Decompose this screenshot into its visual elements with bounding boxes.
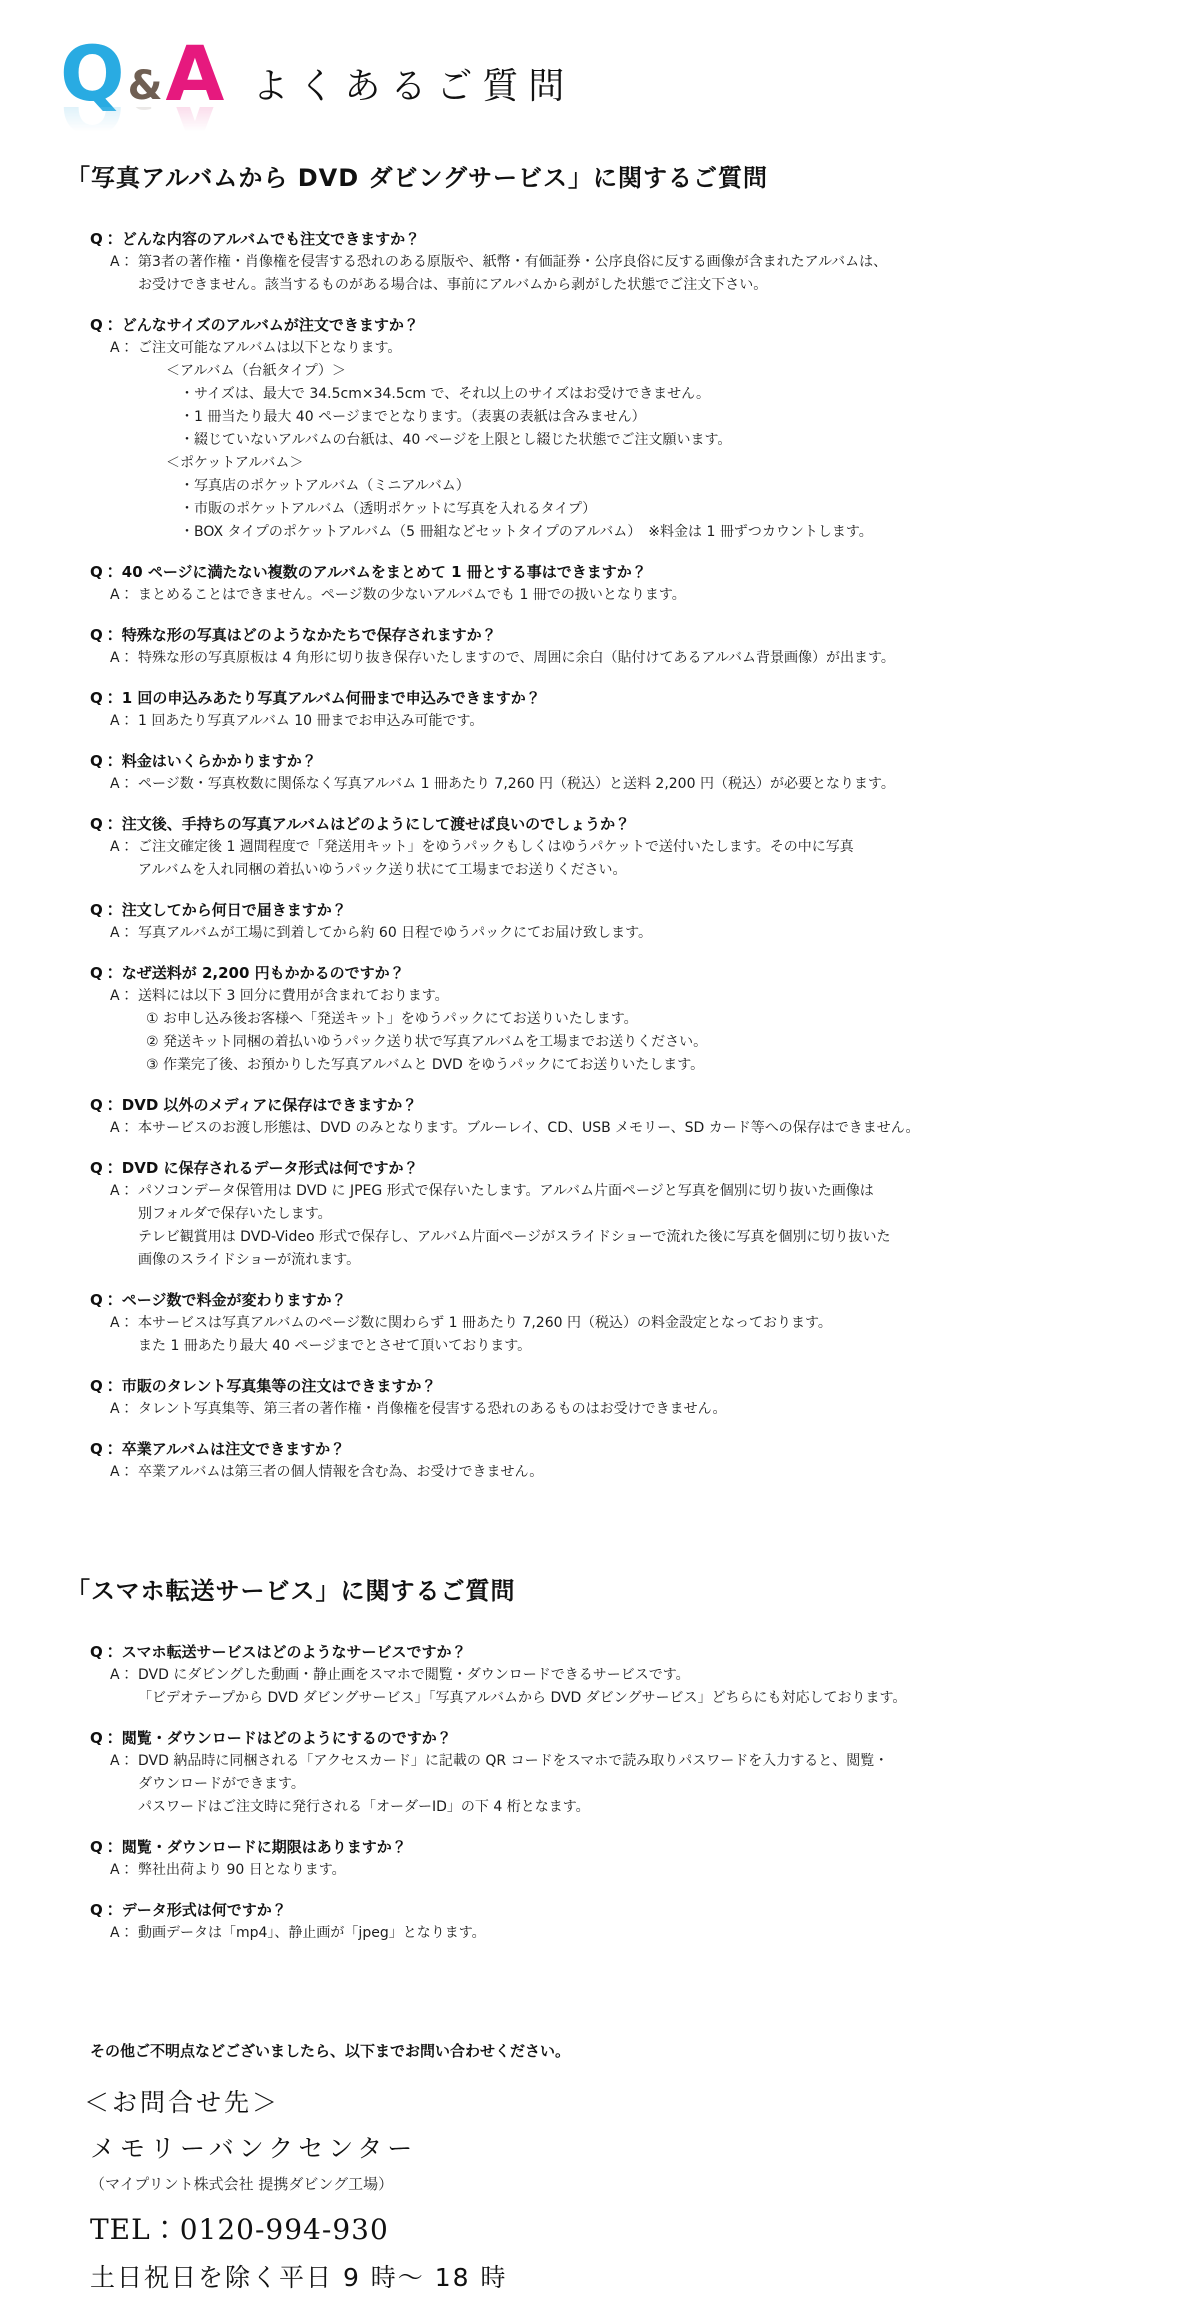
answer-line: A：本サービスは写真アルバムのページ数に関わらず 1 冊あたり 7,260 円（… xyxy=(110,1312,1170,1335)
answer-line: ③ 作業完了後、お預かりした写真アルバムと DVD をゆうパックにてお送りいたし… xyxy=(110,1054,1170,1077)
question-line: Q：閲覧・ダウンロードに期限はありますか？ xyxy=(90,1836,1170,1859)
answer-block: A：卒業アルバムは第三者の個人情報を含む為、お受けできません。 xyxy=(110,1461,1170,1484)
answer-text: ・市販のポケットアルバム（透明ポケットに写真を入れるタイプ） xyxy=(180,501,596,517)
answer-text: 別フォルダで保存いたします。 xyxy=(138,1206,332,1222)
answer-block: A：パソコンデータ保管用は DVD に JPEG 形式で保存いたします。アルバム… xyxy=(110,1180,1170,1272)
answer-line: ・市販のポケットアルバム（透明ポケットに写真を入れるタイプ） xyxy=(110,498,1170,521)
question-label: Q： xyxy=(90,689,118,707)
question-text: どんなサイズのアルバムが注文できますか？ xyxy=(122,316,419,334)
answer-line: ・写真店のポケットアルバム（ミニアルバム） xyxy=(110,475,1170,498)
answer-line: また 1 冊あたり最大 40 ページまでとさせて頂いております。 xyxy=(110,1335,1170,1358)
answer-text: ・サイズは、最大で 34.5cm×34.5cm で、それ以上のサイズはお受けでき… xyxy=(180,386,710,402)
answer-text: 「ビデオテープから DVD ダビングサービス」「写真アルバムから DVD ダビン… xyxy=(138,1690,906,1706)
qa-item: Q：1 回の申込みあたり写真アルバム何冊まで申込みできますか？A：1 回あたり写… xyxy=(60,687,1170,733)
answer-block: A：本サービスのお渡し形態は、DVD のみとなります。ブルーレイ、CD、USB … xyxy=(110,1117,1170,1140)
question-text: DVD に保存されるデータ形式は何ですか？ xyxy=(122,1159,419,1177)
qa-logo-reflection: Q & A xyxy=(60,107,290,137)
qa-item: Q：特殊な形の写真はどのようなかたちで保存されますか？A：特殊な形の写真原板は … xyxy=(60,624,1170,670)
question-line: Q：料金はいくらかかりますか？ xyxy=(90,750,1170,773)
faq-section: 「写真アルバムから DVD ダビングサービス」に関するご質問Q：どんな内容のアル… xyxy=(60,163,1170,1484)
answer-line: A：タレント写真集等、第三者の著作権・肖像権を侵害する恐れのあるものはお受けでき… xyxy=(110,1398,1170,1421)
answer-label: A： xyxy=(110,1180,138,1203)
question-label: Q： xyxy=(90,901,118,919)
qa-logo: Q & A よくあるご質問 Q & A xyxy=(60,42,1170,137)
answer-text: パソコンデータ保管用は DVD に JPEG 形式で保存いたします。アルバム片面… xyxy=(138,1183,874,1199)
answer-line: ・サイズは、最大で 34.5cm×34.5cm で、それ以上のサイズはお受けでき… xyxy=(110,383,1170,406)
answer-line: A：1 回あたり写真アルバム 10 冊までお申込み可能です。 xyxy=(110,710,1170,733)
qa-item: Q：卒業アルバムは注文できますか？A：卒業アルバムは第三者の個人情報を含む為、お… xyxy=(60,1438,1170,1484)
question-label: Q： xyxy=(90,1291,118,1309)
answer-line: A：まとめることはできません。ページ数の少ないアルバムでも 1 冊での扱いとなり… xyxy=(110,584,1170,607)
question-text: 注文後、手持ちの写真アルバムはどのようにして渡せば良いのでしょうか？ xyxy=(122,815,630,833)
answer-block: A：動画データは「mp4」、静止画が「jpeg」となります。 xyxy=(110,1922,1170,1945)
question-line: Q：注文してから何日で届きますか？ xyxy=(90,899,1170,922)
answer-text: ・綴じていないアルバムの台紙は、40 ページを上限とし綴じた状態でご注文願います… xyxy=(180,432,731,448)
answer-line: ・綴じていないアルバムの台紙は、40 ページを上限とし綴じた状態でご注文願います… xyxy=(110,429,1170,452)
qa-item: Q：40 ページに満たない複数のアルバムをまとめて 1 冊とする事はできますか？… xyxy=(60,561,1170,607)
qa-item: Q：DVD に保存されるデータ形式は何ですか？A：パソコンデータ保管用は DVD… xyxy=(60,1157,1170,1272)
answer-line: アルバムを入れ同梱の着払いゆうパック送り状にて工場までお送りください。 xyxy=(110,859,1170,882)
answer-text: 画像のスライドショーが流れます。 xyxy=(138,1252,360,1268)
answer-block: A：1 回あたり写真アルバム 10 冊までお申込み可能です。 xyxy=(110,710,1170,733)
answer-label: A： xyxy=(110,1398,138,1421)
contact-phone: TEL：0120-994-930 xyxy=(90,2208,1170,2248)
answer-text: まとめることはできません。ページ数の少ないアルバムでも 1 冊での扱いとなります… xyxy=(138,587,686,603)
answer-text: ダウンロードができます。 xyxy=(138,1776,305,1792)
answer-line: A：DVD にダビングした動画・静止画をスマホで閲覧・ダウンロードできるサービス… xyxy=(110,1664,1170,1687)
qa-logo-row: Q & A よくあるご質問 xyxy=(60,42,1170,107)
answer-line: ダウンロードができます。 xyxy=(110,1773,1170,1796)
question-line: Q：スマホ転送サービスはどのようなサービスですか？ xyxy=(90,1641,1170,1664)
question-line: Q：40 ページに満たない複数のアルバムをまとめて 1 冊とする事はできますか？ xyxy=(90,561,1170,584)
question-label: Q： xyxy=(90,1159,118,1177)
answer-line: A：パソコンデータ保管用は DVD に JPEG 形式で保存いたします。アルバム… xyxy=(110,1180,1170,1203)
answer-line: A：第3者の著作権・肖像権を侵害する恐れのある原版や、紙幣・有価証券・公序良俗に… xyxy=(110,251,1170,274)
question-line: Q：特殊な形の写真はどのようなかたちで保存されますか？ xyxy=(90,624,1170,647)
question-text: 閲覧・ダウンロードに期限はありますか？ xyxy=(122,1838,407,1856)
answer-block: A：ページ数・写真枚数に関係なく写真アルバム 1 冊あたり 7,260 円（税込… xyxy=(110,773,1170,796)
answer-block: A：まとめることはできません。ページ数の少ないアルバムでも 1 冊での扱いとなり… xyxy=(110,584,1170,607)
answer-label: A： xyxy=(110,836,138,859)
question-label: Q： xyxy=(90,626,118,644)
contact-subtitle: （マイプリント株式会社 提携ダビング工場） xyxy=(90,2173,1170,2194)
answer-text: また 1 冊あたり最大 40 ページまでとさせて頂いております。 xyxy=(138,1338,531,1354)
answer-block: A：弊社出荷より 90 日となります。 xyxy=(110,1859,1170,1882)
qa-item: Q：閲覧・ダウンロードに期限はありますか？A：弊社出荷より 90 日となります。 xyxy=(60,1836,1170,1882)
question-text: 市販のタレント写真集等の注文はできますか？ xyxy=(122,1377,437,1395)
answer-label: A： xyxy=(110,710,138,733)
answer-block: A：DVD 納品時に同梱される「アクセスカード」に記載の QR コードをスマホで… xyxy=(110,1750,1170,1819)
answer-text: ・写真店のポケットアルバム（ミニアルバム） xyxy=(180,478,470,494)
question-line: Q：市販のタレント写真集等の注文はできますか？ xyxy=(90,1375,1170,1398)
section-heading: 「スマホ転送サービス」に関するご質問 xyxy=(66,1576,1170,1607)
contact-hours: 土日祝日を除く平日 9 時～ 18 時 xyxy=(90,2258,1170,2294)
question-text: 料金はいくらかかりますか？ xyxy=(122,752,317,770)
answer-block: A：送料には以下 3 回分に費用が含まれております。① お申し込み後お客様へ「発… xyxy=(110,985,1170,1077)
footer-note: その他ご不明点などございましたら、以下までお問い合わせください。 xyxy=(90,2040,1170,2061)
question-text: スマホ転送サービスはどのようなサービスですか？ xyxy=(122,1643,467,1661)
answer-text: ＜アルバム（台紙タイプ）＞ xyxy=(166,363,346,379)
question-line: Q：注文後、手持ちの写真アルバムはどのようにして渡せば良いのでしょうか？ xyxy=(90,813,1170,836)
answer-label: A： xyxy=(110,584,138,607)
qa-item: Q：どんなサイズのアルバムが注文できますか？A：ご注文可能なアルバムは以下となり… xyxy=(60,314,1170,544)
contact-label: ＜お問合せ先＞ xyxy=(84,2083,1170,2119)
question-label: Q： xyxy=(90,1096,118,1114)
qa-item: Q：市販のタレント写真集等の注文はできますか？A：タレント写真集等、第三者の著作… xyxy=(60,1375,1170,1421)
question-text: なぜ送料が 2,200 円もかかるのですか？ xyxy=(122,964,405,982)
answer-text: ③ 作業完了後、お預かりした写真アルバムと DVD をゆうパックにてお送りいたし… xyxy=(146,1057,704,1073)
answer-line: ② 発送キット同梱の着払いゆうパック送り状で写真アルバムを工場までお送りください… xyxy=(110,1031,1170,1054)
answer-line: A：DVD 納品時に同梱される「アクセスカード」に記載の QR コードをスマホで… xyxy=(110,1750,1170,1773)
answer-line: A：卒業アルバムは第三者の個人情報を含む為、お受けできません。 xyxy=(110,1461,1170,1484)
answer-line: A：ページ数・写真枚数に関係なく写真アルバム 1 冊あたり 7,260 円（税込… xyxy=(110,773,1170,796)
question-label: Q： xyxy=(90,815,118,833)
answer-text: テレビ観賞用は DVD-Video 形式で保存し、アルバム片面ページがスライドシ… xyxy=(138,1229,890,1245)
answer-line: パスワードはご注文時に発行される「オーダーID」の下 4 桁となます。 xyxy=(110,1796,1170,1819)
question-text: 卒業アルバムは注文できますか？ xyxy=(122,1440,345,1458)
answer-text: 本サービスは写真アルバムのページ数に関わらず 1 冊あたり 7,260 円（税込… xyxy=(138,1315,832,1331)
answer-line: A：弊社出荷より 90 日となります。 xyxy=(110,1859,1170,1882)
answer-label: A： xyxy=(110,1922,138,1945)
question-text: データ形式は何ですか？ xyxy=(122,1901,287,1919)
answer-text: 写真アルバムが工場に到着してから約 60 日程でゆうパックにてお届け致します。 xyxy=(138,925,652,941)
answer-label: A： xyxy=(110,1664,138,1687)
question-text: 40 ページに満たない複数のアルバムをまとめて 1 冊とする事はできますか？ xyxy=(122,563,647,581)
answer-line: A：ご注文確定後 1 週間程度で「発送用キット」をゆうパックもしくはゆうパケット… xyxy=(110,836,1170,859)
answer-text: ② 発送キット同梱の着払いゆうパック送り状で写真アルバムを工場までお送りください… xyxy=(146,1034,707,1050)
question-label: Q： xyxy=(90,1643,118,1661)
qa-item: Q：注文後、手持ちの写真アルバムはどのようにして渡せば良いのでしょうか？A：ご注… xyxy=(60,813,1170,882)
question-label: Q： xyxy=(90,1377,118,1395)
qa-item: Q：閲覧・ダウンロードはどのようにするのですか？A：DVD 納品時に同梱される「… xyxy=(60,1727,1170,1819)
answer-label: A： xyxy=(110,1312,138,1335)
answer-line: ・BOX タイプのポケットアルバム（5 冊組などセットタイプのアルバム） ※料金… xyxy=(110,521,1170,544)
answer-label: A： xyxy=(110,251,138,274)
answer-block: A：ご注文可能なアルバムは以下となります。＜アルバム（台紙タイプ）＞・サイズは、… xyxy=(110,337,1170,544)
answer-label: A： xyxy=(110,1117,138,1140)
question-label: Q： xyxy=(90,1838,118,1856)
question-line: Q：DVD 以外のメディアに保存はできますか？ xyxy=(90,1094,1170,1117)
logo-letter-q: Q xyxy=(60,42,125,107)
answer-line: A：本サービスのお渡し形態は、DVD のみとなります。ブルーレイ、CD、USB … xyxy=(110,1117,1170,1140)
answer-text: 本サービスのお渡し形態は、DVD のみとなります。ブルーレイ、CD、USB メモ… xyxy=(138,1120,920,1136)
question-line: Q：閲覧・ダウンロードはどのようにするのですか？ xyxy=(90,1727,1170,1750)
qa-logo-letters: Q & A xyxy=(60,42,224,107)
answer-block: A：DVD にダビングした動画・静止画をスマホで閲覧・ダウンロードできるサービス… xyxy=(110,1664,1170,1710)
answer-text: DVD にダビングした動画・静止画をスマホで閲覧・ダウンロードできるサービスです… xyxy=(138,1667,690,1683)
qa-item: Q：料金はいくらかかりますか？A：ページ数・写真枚数に関係なく写真アルバム 1 … xyxy=(60,750,1170,796)
question-label: Q： xyxy=(90,316,118,334)
faq-section: 「スマホ転送サービス」に関するご質問Q：スマホ転送サービスはどのようなサービスで… xyxy=(60,1576,1170,1945)
faq-sections: 「写真アルバムから DVD ダビングサービス」に関するご質問Q：どんな内容のアル… xyxy=(60,163,1170,1945)
answer-text: アルバムを入れ同梱の着払いゆうパック送り状にて工場までお送りください。 xyxy=(138,862,626,878)
qa-item: Q：どんな内容のアルバムでも注文できますか？A：第3者の著作権・肖像権を侵害する… xyxy=(60,228,1170,297)
question-line: Q：1 回の申込みあたり写真アルバム何冊まで申込みできますか？ xyxy=(90,687,1170,710)
question-label: Q： xyxy=(90,1901,118,1919)
qa-item: Q：なぜ送料が 2,200 円もかかるのですか？A：送料には以下 3 回分に費用… xyxy=(60,962,1170,1077)
question-text: 閲覧・ダウンロードはどのようにするのですか？ xyxy=(122,1729,452,1747)
answer-text: ページ数・写真枚数に関係なく写真アルバム 1 冊あたり 7,260 円（税込）と… xyxy=(138,776,895,792)
question-line: Q：DVD に保存されるデータ形式は何ですか？ xyxy=(90,1157,1170,1180)
answer-text: 卒業アルバムは第三者の個人情報を含む為、お受けできません。 xyxy=(138,1464,543,1480)
answer-text: タレント写真集等、第三者の著作権・肖像権を侵害する恐れのあるものはお受けできませ… xyxy=(138,1401,727,1417)
answer-line: A：ご注文可能なアルバムは以下となります。 xyxy=(110,337,1170,360)
answer-line: 「ビデオテープから DVD ダビングサービス」「写真アルバムから DVD ダビン… xyxy=(110,1687,1170,1710)
answer-block: A：第3者の著作権・肖像権を侵害する恐れのある原版や、紙幣・有価証券・公序良俗に… xyxy=(110,251,1170,297)
answer-text: お受けできません。該当するものがある場合は、事前にアルバムから剥がした状態でご注… xyxy=(138,277,767,293)
answer-block: A：写真アルバムが工場に到着してから約 60 日程でゆうパックにてお届け致します… xyxy=(110,922,1170,945)
answer-label: A： xyxy=(110,1859,138,1882)
answer-block: A：ご注文確定後 1 週間程度で「発送用キット」をゆうパックもしくはゆうパケット… xyxy=(110,836,1170,882)
logo-letter-a: A xyxy=(166,42,225,107)
answer-text: パスワードはご注文時に発行される「オーダーID」の下 4 桁となます。 xyxy=(138,1799,590,1815)
answer-line: ＜ポケットアルバム＞ xyxy=(110,452,1170,475)
answer-line: テレビ観賞用は DVD-Video 形式で保存し、アルバム片面ページがスライドシ… xyxy=(110,1226,1170,1249)
answer-text: ・1 冊当たり最大 40 ページまでとなります。（表裏の表紙は含みません） xyxy=(180,409,646,425)
answer-label: A： xyxy=(110,1750,138,1773)
answer-text: ① お申し込み後お客様へ「発送キット」をゆうパックにてお送りいたします。 xyxy=(146,1011,638,1027)
question-text: 特殊な形の写真はどのようなかたちで保存されますか？ xyxy=(122,626,497,644)
answer-label: A： xyxy=(110,337,138,360)
answer-block: A：タレント写真集等、第三者の著作権・肖像権を侵害する恐れのあるものはお受けでき… xyxy=(110,1398,1170,1421)
question-label: Q： xyxy=(90,752,118,770)
question-text: 1 回の申込みあたり写真アルバム何冊まで申込みできますか？ xyxy=(122,689,541,707)
logo-ampersand: & xyxy=(128,66,163,107)
qa-item: Q：注文してから何日で届きますか？A：写真アルバムが工場に到着してから約 60 … xyxy=(60,899,1170,945)
qa-item: Q：ページ数で料金が変わりますか？A：本サービスは写真アルバムのページ数に関わら… xyxy=(60,1289,1170,1358)
answer-text: ＜ポケットアルバム＞ xyxy=(166,455,303,471)
qa-item: Q：データ形式は何ですか？A：動画データは「mp4」、静止画が「jpeg」となり… xyxy=(60,1899,1170,1945)
question-text: 注文してから何日で届きますか？ xyxy=(122,901,347,919)
answer-text: ご注文可能なアルバムは以下となります。 xyxy=(138,340,401,356)
question-text: ページ数で料金が変わりますか？ xyxy=(122,1291,347,1309)
answer-text: 送料には以下 3 回分に費用が含まれております。 xyxy=(138,988,449,1004)
answer-text: 弊社出荷より 90 日となります。 xyxy=(138,1862,346,1878)
answer-text: 1 回あたり写真アルバム 10 冊までお申込み可能です。 xyxy=(138,713,483,729)
answer-line: 別フォルダで保存いたします。 xyxy=(110,1203,1170,1226)
question-line: Q：ページ数で料金が変わりますか？ xyxy=(90,1289,1170,1312)
question-line: Q：どんな内容のアルバムでも注文できますか？ xyxy=(90,228,1170,251)
answer-line: お受けできません。該当するものがある場合は、事前にアルバムから剥がした状態でご注… xyxy=(110,274,1170,297)
answer-label: A： xyxy=(110,647,138,670)
answer-text: 特殊な形の写真原板は 4 角形に切り抜き保存いたしますので、周囲に余白（貼付けて… xyxy=(138,650,895,666)
answer-text: 第3者の著作権・肖像権を侵害する恐れのある原版や、紙幣・有価証券・公序良俗に反す… xyxy=(138,254,887,270)
question-label: Q： xyxy=(90,1729,118,1747)
answer-block: A：特殊な形の写真原板は 4 角形に切り抜き保存いたしますので、周囲に余白（貼付… xyxy=(110,647,1170,670)
answer-label: A： xyxy=(110,1461,138,1484)
answer-block: A：本サービスは写真アルバムのページ数に関わらず 1 冊あたり 7,260 円（… xyxy=(110,1312,1170,1358)
answer-line: A：動画データは「mp4」、静止画が「jpeg」となります。 xyxy=(110,1922,1170,1945)
answer-label: A： xyxy=(110,922,138,945)
answer-line: A：特殊な形の写真原板は 4 角形に切り抜き保存いたしますので、周囲に余白（貼付… xyxy=(110,647,1170,670)
answer-text: 動画データは「mp4」、静止画が「jpeg」となります。 xyxy=(138,1925,486,1941)
answer-line: A：写真アルバムが工場に到着してから約 60 日程でゆうパックにてお届け致します… xyxy=(110,922,1170,945)
question-label: Q： xyxy=(90,563,118,581)
contact-footer: その他ご不明点などございましたら、以下までお問い合わせください。 ＜お問合せ先＞… xyxy=(90,2040,1170,2294)
faq-page: Q & A よくあるご質問 Q & A 「写真アルバムから DVD ダビングサー… xyxy=(0,0,1200,2294)
answer-text: ・BOX タイプのポケットアルバム（5 冊組などセットタイプのアルバム） ※料金… xyxy=(180,524,873,540)
answer-line: A：送料には以下 3 回分に費用が含まれております。 xyxy=(110,985,1170,1008)
question-line: Q：卒業アルバムは注文できますか？ xyxy=(90,1438,1170,1461)
qa-item: Q：スマホ転送サービスはどのようなサービスですか？A：DVD にダビングした動画… xyxy=(60,1641,1170,1710)
question-label: Q： xyxy=(90,1440,118,1458)
question-text: DVD 以外のメディアに保存はできますか？ xyxy=(122,1096,418,1114)
answer-label: A： xyxy=(110,773,138,796)
section-heading: 「写真アルバムから DVD ダビングサービス」に関するご質問 xyxy=(66,163,1170,194)
answer-line: ＜アルバム（台紙タイプ）＞ xyxy=(110,360,1170,383)
question-text: どんな内容のアルバムでも注文できますか？ xyxy=(122,230,420,248)
contact-name: メモリーバンクセンター xyxy=(90,2129,1170,2165)
question-label: Q： xyxy=(90,964,118,982)
answer-line: ・1 冊当たり最大 40 ページまでとなります。（表裏の表紙は含みません） xyxy=(110,406,1170,429)
answer-line: 画像のスライドショーが流れます。 xyxy=(110,1249,1170,1272)
question-line: Q：データ形式は何ですか？ xyxy=(90,1899,1170,1922)
qa-item: Q：DVD 以外のメディアに保存はできますか？A：本サービスのお渡し形態は、DV… xyxy=(60,1094,1170,1140)
question-label: Q： xyxy=(90,230,118,248)
answer-text: DVD 納品時に同梱される「アクセスカード」に記載の QR コードをスマホで読み… xyxy=(138,1753,888,1769)
question-line: Q：どんなサイズのアルバムが注文できますか？ xyxy=(90,314,1170,337)
question-line: Q：なぜ送料が 2,200 円もかかるのですか？ xyxy=(90,962,1170,985)
page-title: よくあるご質問 xyxy=(252,69,574,105)
answer-label: A： xyxy=(110,985,138,1008)
answer-line: ① お申し込み後お客様へ「発送キット」をゆうパックにてお送りいたします。 xyxy=(110,1008,1170,1031)
answer-text: ご注文確定後 1 週間程度で「発送用キット」をゆうパックもしくはゆうパケットで送… xyxy=(138,839,854,855)
reflection-fade xyxy=(60,107,290,137)
